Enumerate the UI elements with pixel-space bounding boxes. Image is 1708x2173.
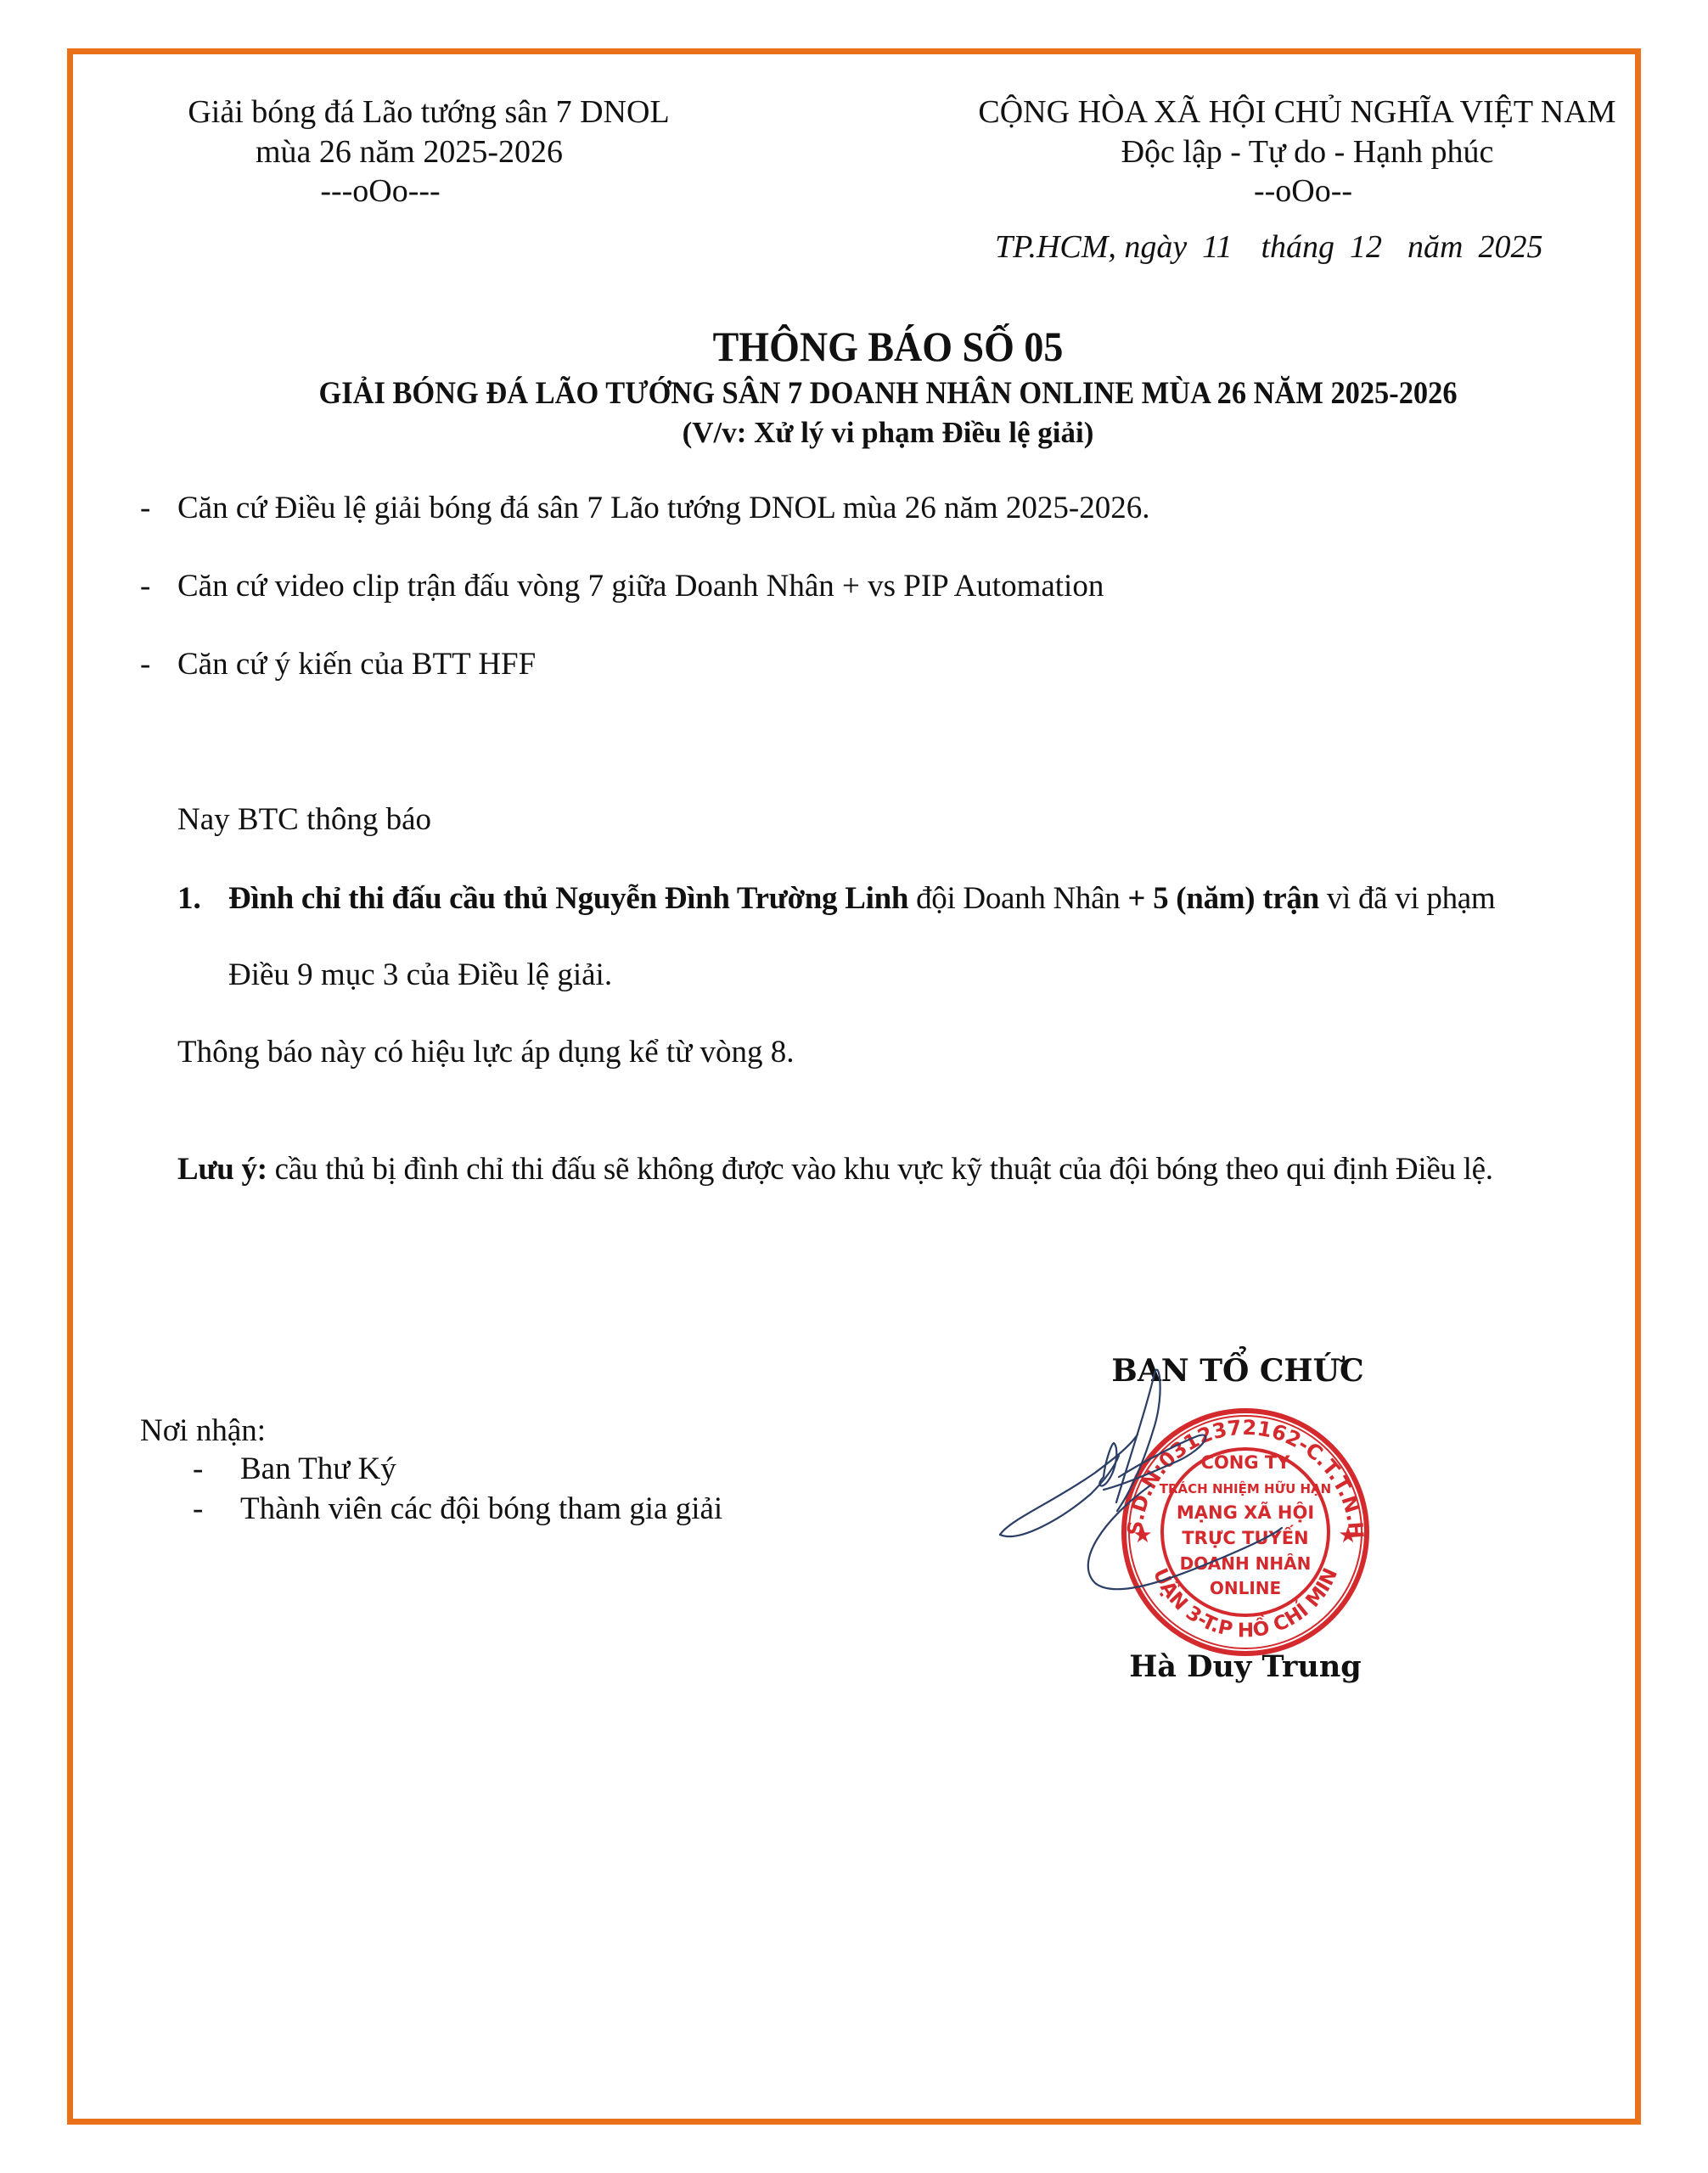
recipient-dash: - (193, 1453, 203, 1485)
date-year: 2025 (1478, 231, 1542, 263)
seal-line: ONLINE (1210, 1578, 1281, 1598)
note: Lưu ý: cầu thủ bị đình chỉ thi đấu sẽ kh… (177, 1154, 1493, 1185)
organizer-header-ornament: ---oOo--- (320, 175, 440, 207)
signatory-name: Hà Duy Trung (1129, 1652, 1362, 1682)
date-month-label: tháng (1261, 231, 1334, 263)
date-year-label: năm (1407, 231, 1463, 263)
document-title: THÔNG BÁO SỐ 05 (713, 325, 1064, 368)
decision-text: Đình chỉ thi đấu cầu thủ Nguyễn Đình Trư… (228, 883, 1495, 914)
basis-item: Căn cứ ý kiến của BTT HFF (177, 649, 536, 680)
announcement-intro: Nay BTC thông báo (177, 804, 431, 835)
date-month: 12 (1350, 231, 1382, 263)
seal-line: MẠNG XÃ HỘI (1177, 1501, 1314, 1523)
decision-suspension: Đình chỉ thi đấu cầu thủ Nguyễn Đình Trư… (228, 881, 908, 916)
basis-dash: - (140, 492, 150, 524)
basis-dash: - (140, 570, 150, 602)
note-text: cầu thủ bị đình chỉ thi đấu sẽ không đượ… (267, 1152, 1493, 1187)
seal-line: TRÁCH NHIỆM HỮU HẠN (1160, 1480, 1331, 1496)
date-place: TP.HCM, ngày (995, 231, 1187, 263)
organizer-header-line2: mùa 26 năm 2025-2026 (256, 136, 563, 168)
decision-penalty: + 5 (năm) trận (1127, 881, 1319, 916)
seal-line: CÔNG TY (1201, 1451, 1291, 1473)
seal-line: TRỰC TUYẾN (1182, 1524, 1308, 1548)
basis-dash: - (140, 649, 150, 680)
document-subtitle: GIẢI BÓNG ĐÁ LÃO TƯỚNG SÂN 7 DOANH NHÂN … (318, 378, 1457, 409)
national-motto-line2: Độc lập - Tự do - Hạnh phúc (1121, 136, 1494, 168)
decision-reason: vì đã vi phạm (1319, 881, 1495, 916)
decision-continuation: Điều 9 mục 3 của Điều lệ giải. (228, 959, 612, 991)
decision-number: 1. (177, 883, 201, 914)
seal-star-icon: ★ (1132, 1523, 1152, 1548)
basis-item: Căn cứ video clip trận đấu vòng 7 giữa D… (177, 570, 1104, 602)
issue-date: TP.HCM, ngày11tháng12năm2025 (995, 231, 1542, 263)
company-seal: M.S.D.N:0312372162-C.T.T.N.H.H QUẬN 3-T.… (985, 1392, 1409, 1664)
seal-line: DOANH NHÂN (1180, 1553, 1312, 1574)
seal-star-icon: ★ (1338, 1523, 1357, 1548)
note-label: Lưu ý: (177, 1152, 267, 1187)
basis-item: Căn cứ Điều lệ giải bóng đá sân 7 Lão tư… (177, 492, 1149, 524)
decision-team: đội Doanh Nhân (908, 881, 1127, 916)
recipient-item: Thành viên các đội bóng tham gia giải (240, 1493, 722, 1524)
recipients-label: Nơi nhận: (140, 1415, 266, 1446)
organizer-header-line1: Giải bóng đá Lão tướng sân 7 DNOL (188, 96, 669, 128)
national-motto-line1: CỘNG HÒA XÃ HỘI CHỦ NGHĨA VIỆT NAM (978, 96, 1615, 128)
national-motto-ornament: --oOo-- (1254, 175, 1352, 207)
date-day: 11 (1202, 231, 1232, 263)
recipient-item: Ban Thư Ký (240, 1453, 396, 1485)
effective-notice: Thông báo này có hiệu lực áp dụng kể từ … (177, 1036, 795, 1068)
document-subject: (V/v: Xử lý vi phạm Điều lệ giải) (683, 418, 1094, 447)
signature-organization: BAN TỔ CHỨC (1111, 1356, 1363, 1386)
recipient-dash: - (193, 1493, 203, 1524)
